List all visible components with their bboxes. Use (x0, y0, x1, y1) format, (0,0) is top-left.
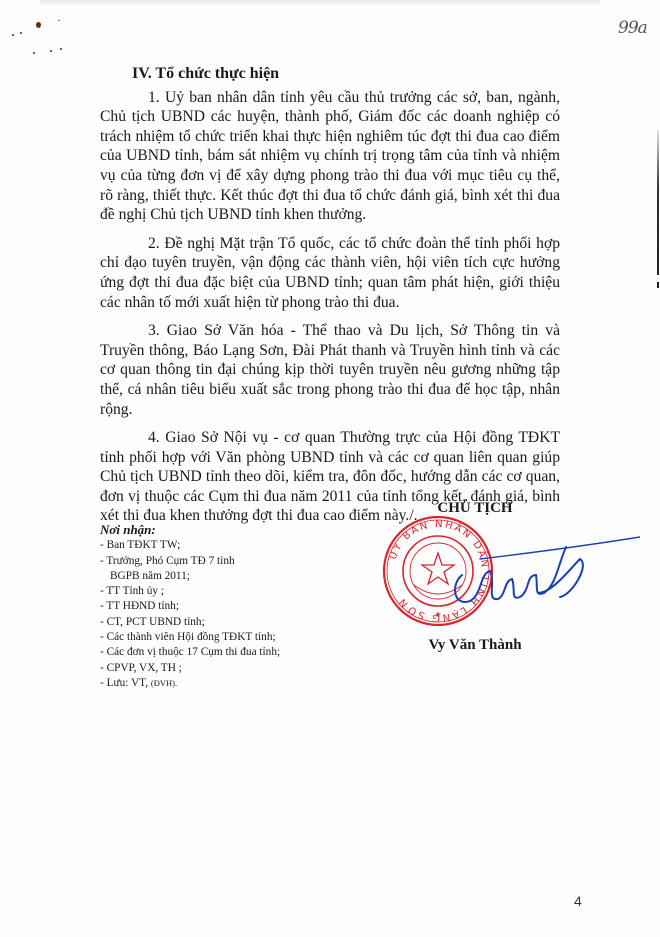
recipient-item: - CPVP, VX, TH ; (100, 661, 360, 676)
scan-smudge (40, 0, 600, 6)
recipient-item: BGPB năm 2011; (100, 569, 360, 584)
paragraph-2: 2. Đề nghị Mặt trận Tổ quốc, các tổ chức… (100, 234, 560, 312)
recipient-item: - Trưởng, Phó Cụm TĐ 7 tỉnh (100, 554, 360, 569)
recipient-archive-initials: (ĐVH). (151, 678, 177, 688)
scan-edge-line (657, 130, 659, 275)
recipients-list: Nơi nhận: - Ban TĐKT TW; - Trưởng, Phó C… (100, 522, 360, 691)
signer-name: Vy Văn Thành (405, 637, 545, 654)
scan-edge-mark (657, 282, 659, 288)
paragraph-1: 1. Uỷ ban nhân dân tỉnh yêu cầu thủ trưở… (100, 88, 560, 225)
section-title: IV. Tổ chức thực hiện (100, 64, 560, 84)
recipient-item: - TT HĐND tỉnh; (100, 599, 360, 614)
handwritten-signature-icon (440, 535, 640, 615)
recipient-item: - TT Tỉnh ủy ; (100, 584, 360, 599)
page-number: 4 (574, 893, 582, 909)
recipient-item: - Ban TĐKT TW; (100, 538, 360, 553)
paragraph-3: 3. Giao Sở Văn hóa - Thể thao và Du lịch… (100, 321, 560, 419)
scan-specks (0, 0, 70, 60)
recipients-heading: Nơi nhận: (100, 522, 360, 537)
recipient-item: - Lưu: VT, (ĐVH). (100, 676, 360, 691)
recipient-archive: - Lưu: VT, (100, 677, 148, 689)
recipient-item: - Các thành viên Hội đồng TĐKT tỉnh; (100, 630, 360, 645)
recipient-item: - Các đơn vị thuộc 17 Cụm thi đua tỉnh; (100, 645, 360, 660)
document-body: IV. Tổ chức thực hiện 1. Uỷ ban nhân dân… (100, 64, 560, 535)
recipient-item: - CT, PCT UBND tỉnh; (100, 615, 360, 630)
handwritten-page-note: 99a (618, 18, 647, 38)
